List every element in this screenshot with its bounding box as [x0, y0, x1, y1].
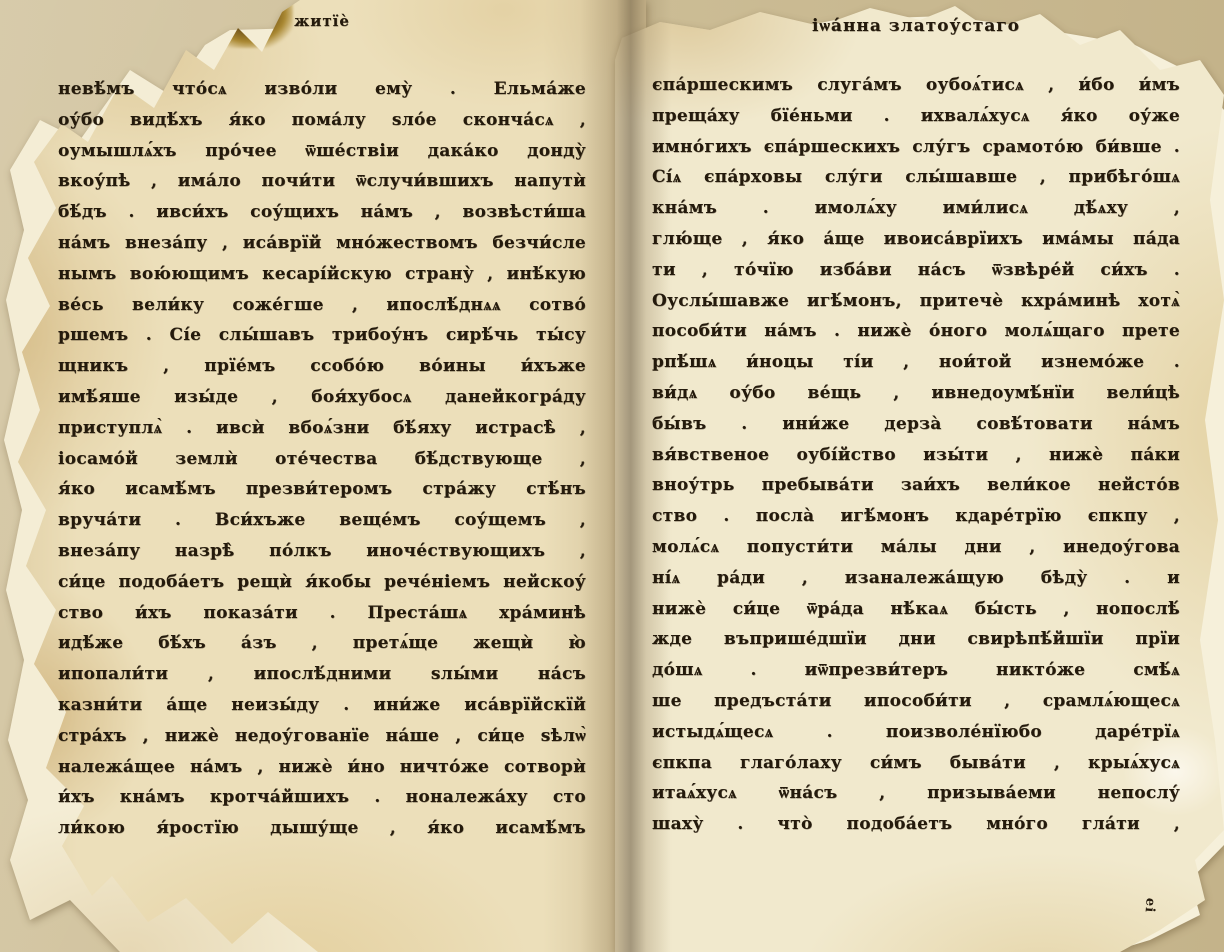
running-head-right: іѡа́нна златоу́стаго [652, 16, 1180, 36]
text-line: казни́ти а́ще неизы́ду . ини́же иса́врїй… [58, 690, 586, 721]
text-line: и́хъ кна́мъ кротча́йшихъ . ноналежа́ху с… [58, 782, 586, 813]
right-page-text: єпа́ршескимъ слуга́мъ оубоѧ́тисѧ , и́бо … [652, 70, 1180, 840]
text-line: идѣ́же бѣ́хъ а́зъ , претѧ́ще жещѝ ю̀ [58, 628, 586, 659]
text-line: оумышлѧ́хъ про́чее ѿше́ствіи дака́ко дон… [58, 136, 586, 167]
text-line: єпа́ршескимъ слуга́мъ оубоѧ́тисѧ , и́бо … [652, 70, 1180, 101]
text-line: глю́ще , я́ко а́ще ивоиса́врїихъ има́мы … [652, 224, 1180, 255]
text-line: я́ко исамѣ́мъ презви́теромъ стра́жу стѣ́… [58, 474, 586, 505]
text-line: ипопали́ти , ипослѣ́дними ѕлы́ми на́съ [58, 659, 586, 690]
text-line: іосамо́й землѝ оте́чества бѣ́дствующе , [58, 444, 586, 475]
text-line: нижѐ си́це ѿра́да нѣ́каѧ бы́сть , нопосл… [652, 594, 1180, 625]
book-scan: житїѐ іѡа́нна златоу́стаго невѣ́мъ что́с… [0, 0, 1224, 952]
text-line: щникъ , прїе́мъ ссобо́ю во́ины и́хъже [58, 351, 586, 382]
text-line: невѣ́мъ что́сѧ изво́ли ему̀ . Ельма́же [58, 74, 586, 105]
running-head-left: житїѐ [58, 12, 586, 30]
text-line: кна́мъ . имолѧ́ху ими́лисѧ дѣ́ѧху , [652, 193, 1180, 224]
text-line: ство и́хъ показа́ти . Преста́шѧ хра́минѣ [58, 598, 586, 629]
text-line: Оуслы́шавже игѣ́монъ, притечѐ кхра́минѣ … [652, 286, 1180, 317]
text-line: вя́вственое оубі́йство изы́ти , нижѐ па́… [652, 440, 1180, 471]
text-line: єпкпа глаго́лаху си́мъ быва́ти , крыѧ́ху… [652, 748, 1180, 779]
text-line: имно́гихъ єпа́ршескихъ слу́гъ срамото́ю … [652, 132, 1180, 163]
text-line: на́мъ внеза́пу , иса́врїй мно́жествомъ б… [58, 228, 586, 259]
text-line: вноу́трь пребыва́ти заи́хъ вели́кое нейс… [652, 470, 1180, 501]
text-line: ршемъ . Сі́е слы́шавъ трибоу́нъ сирѣ́чь … [58, 320, 586, 351]
text-line: вруча́ти . Вси́хъже веще́мъ соу́щемъ , [58, 505, 586, 536]
text-line: ше предъста́ти ипособи́ти , срамлѧ́ющесѧ [652, 686, 1180, 717]
text-line: молѧ́сѧ попусти́ти ма́лы дни , инедоу́го… [652, 532, 1180, 563]
quire-signature-mark: еі [1141, 897, 1157, 913]
text-line: стра́хъ , нижѐ недоу́гованїе на́ше , си́… [58, 721, 586, 752]
text-line: истыдѧ́щесѧ . поизволе́нїюбо даре́трїѧ [652, 717, 1180, 748]
text-line: пособи́ти на́мъ . нижѐ о́ного молѧ́щаго … [652, 316, 1180, 347]
text-line: ство . посла̀ игѣ́монъ кдаре́трїю єпкпу … [652, 501, 1180, 532]
text-line: рпѣ́шѧ и́ноцы ті́и , нои́той изнемо́же . [652, 347, 1180, 378]
text-line: ли́кою я́ростїю дышу́ще , я́ко исамѣ́мъ [58, 813, 586, 844]
text-line: шаху̀ . что̀ подоба́етъ мно́го гла́ти , [652, 809, 1180, 840]
text-line: имѣ́яше изы́де , боя́хубосѧ данейкогра́д… [58, 382, 586, 413]
text-line: си́це подоба́етъ рещѝ я́кобы рече́ніемъ … [58, 567, 586, 598]
text-line: преща́ху бїе́ньми . ихвалѧ́хусѧ я́ко оу́… [652, 101, 1180, 132]
text-line: нымъ вою́ющимъ кесарі́йскую страну̀ , ин… [58, 259, 586, 290]
text-line: внеза́пу назрѣ̀ по́лкъ иноче́ствующихъ , [58, 536, 586, 567]
text-line: оу́бо видѣ́хъ я́ко пома́лу ѕло́е сконча́… [58, 105, 586, 136]
text-line: до́шѧ . иѿпрезви́теръ никто́же смѣ́ѧ [652, 655, 1180, 686]
text-line: итаѧ́хусѧ ѿна́съ , призыва́еми непослу́ [652, 778, 1180, 809]
left-page-text: невѣ́мъ что́сѧ изво́ли ему̀ . Ельма́жеоу… [58, 74, 586, 844]
text-line: ні́ѧ ра́ди , изаналежа́щую бѣду̀ . и [652, 563, 1180, 594]
text-line: ве́сь вели́ку соже́гше , ипослѣ́днѧѧ сот… [58, 290, 586, 321]
text-line: жде въприше́дшїи дни свирѣпѣ́йшїи прїи [652, 624, 1180, 655]
text-line: бѣ́дъ . ивси́хъ соу́щихъ на́мъ , возвѣст… [58, 197, 586, 228]
text-line: приступлѧ̀ . ивсѝ вбоѧ́зни бѣ́яху истрас… [58, 413, 586, 444]
text-line: бы́въ . ини́же дерза̀ совѣ́товати на́мъ [652, 409, 1180, 440]
text-line: належа́щее на́мъ , нижѐ и́но ничто́же со… [58, 752, 586, 783]
text-line: вкоу́пѣ , има́ло почи́ти ѿслучи́вшихъ на… [58, 166, 586, 197]
text-line: Сі́ѧ єпа́рховы слу́ги слы́шавше , прибѣг… [652, 162, 1180, 193]
text-line: ти , то́чїю изба́ви на́съ ѿзвѣре́й си́хъ… [652, 255, 1180, 286]
text-line: ви́дѧ оу́бо ве́щь , ивнедоумѣ́нїи вели́ц… [652, 378, 1180, 409]
